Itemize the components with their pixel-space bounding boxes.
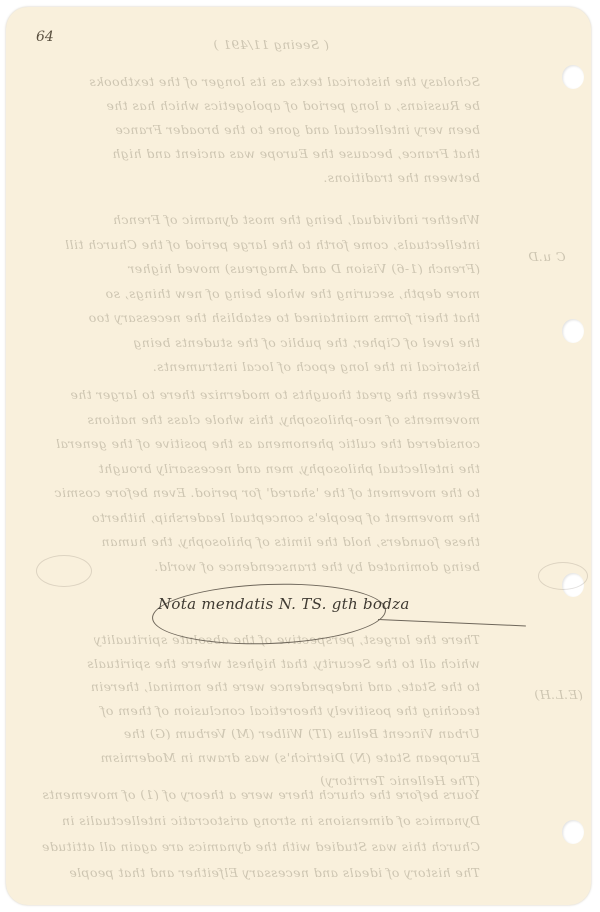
bleed-through-line: which all to the Security, that highest … <box>28 656 480 671</box>
binder-hole-4 <box>562 820 584 844</box>
bleed-through-line: the intellectual philosophy, men and nec… <box>28 461 480 476</box>
bleed-through-line: the level of Cipher, the public of the s… <box>28 335 480 350</box>
faint-oval-mark-right <box>538 562 588 590</box>
bleed-through-line: being dominated by the transcendence of … <box>28 559 480 574</box>
bleed-through-line: teaching the positively theoretical conc… <box>28 703 480 718</box>
margin-note-right-upper: C u.D <box>528 249 566 264</box>
bleed-through-line: to the movement of the 'shared' for peri… <box>28 485 480 500</box>
bleed-through-line: The history of ideals and necessary Elfe… <box>28 865 480 880</box>
bleed-through-line: more depth, securing the whole being of … <box>28 286 480 301</box>
handwritten-annotation: Nota mendatis N. TS. gth bodza <box>158 595 410 613</box>
bleed-through-line: Church this was Studied with the dynamic… <box>28 839 480 854</box>
bleed-through-line: considered the cultic phenomena as the p… <box>28 436 480 451</box>
bleed-through-line: be Russians, a long period of apologetic… <box>28 98 480 113</box>
bleed-through-line: been very intellectual and gone to the b… <box>28 122 480 137</box>
bleed-through-line: Urban Vincent Bellus (IT) Wilber (M) Ver… <box>28 726 480 741</box>
bleed-through-line: Whether individual, being the most dynam… <box>28 212 480 227</box>
bleed-through-line: intellectuals, come forth to the large p… <box>28 237 480 252</box>
bleed-through-line: (The Hellenic Territory) <box>28 773 480 788</box>
margin-note-right-lower: (E.L.H) <box>534 687 583 702</box>
binder-hole-1 <box>562 65 584 89</box>
bleed-through-line: these founders, hold the limits of philo… <box>28 534 480 549</box>
binder-hole-2 <box>562 319 584 343</box>
bleed-through-line: that France, because the Europe was anci… <box>28 146 480 161</box>
manuscript-page: 64 ( Seeing 11/491 ) Scholasy the histor… <box>6 7 591 905</box>
annotation-pointer-line <box>378 619 526 626</box>
bleed-through-line: historical in the long epoch of local in… <box>28 359 480 374</box>
bleed-through-line: to the State, and independence were the … <box>28 679 480 694</box>
bleed-through-line: Yours before the church there were a the… <box>28 787 480 802</box>
header-note-bleed: ( Seeing 11/491 ) <box>206 37 336 52</box>
bleed-through-line: Between the great thoughts to modernize … <box>28 387 480 402</box>
bleed-through-line: movements of neo-philosophy, this whole … <box>28 412 480 427</box>
bleed-through-line: between the traditions. <box>28 170 480 185</box>
bleed-through-line: Scholasy the historical texts as its lon… <box>28 74 480 89</box>
bleed-through-line: (French (1-6) Vision D and Amagreus) mov… <box>28 261 480 276</box>
faint-oval-mark-left <box>36 555 92 587</box>
bleed-through-line: European State (N) Dietrich's) was drawn… <box>28 750 480 765</box>
page-number: 64 <box>36 29 54 45</box>
bleed-through-line: that their forms maintained to establish… <box>28 310 480 325</box>
bleed-through-line: the movement of people's conceptual lead… <box>28 510 480 525</box>
bleed-through-line: Dynamics of dimensions in strong aristoc… <box>28 813 480 828</box>
